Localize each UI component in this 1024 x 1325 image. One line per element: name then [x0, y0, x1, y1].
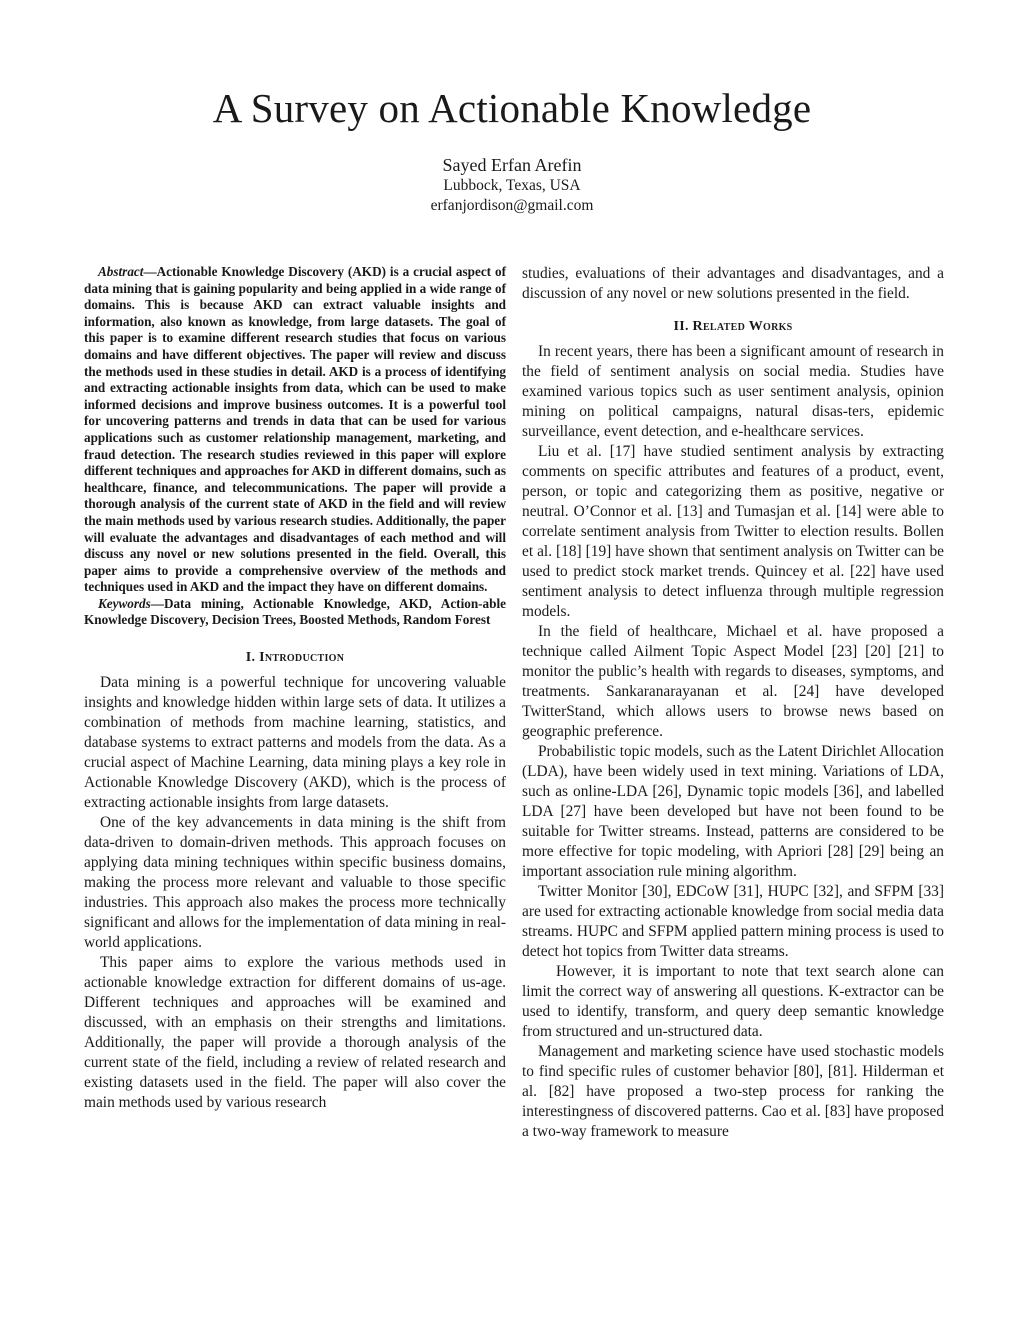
author-block: Sayed Erfan Arefin Lubbock, Texas, USA e…: [0, 154, 1024, 216]
right-column: studies, evaluations of their advantages…: [522, 264, 944, 1142]
abstract-label: Abstract: [98, 264, 143, 279]
abstract-separator: —: [143, 264, 156, 279]
left-column: Abstract—Actionable Knowledge Discovery …: [84, 264, 506, 1113]
related-paragraph-3: In the field of healthcare, Michael et a…: [522, 622, 944, 742]
intro-paragraph-2: One of the key advancements in data mini…: [84, 813, 506, 953]
intro-paragraph-3: This paper aims to explore the various m…: [84, 953, 506, 1113]
abstract-text: Actionable Knowledge Discovery (AKD) is …: [84, 264, 506, 594]
related-paragraph-4: Probabilistic topic models, such as the …: [522, 742, 944, 882]
keywords-separator: —: [151, 596, 164, 611]
intro-paragraph-3-continued: studies, evaluations of their advantages…: [522, 264, 944, 304]
related-paragraph-7: Management and marketing science have us…: [522, 1042, 944, 1142]
author-email: erfanjordison@gmail.com: [0, 196, 1024, 216]
related-paragraph-6: However, it is important to note that te…: [522, 962, 944, 1042]
intro-paragraph-1: Data mining is a powerful technique for …: [84, 673, 506, 813]
related-paragraph-2: Liu et al. [17] have studied sentiment a…: [522, 442, 944, 622]
section-heading-related-works: II. Related Works: [522, 318, 944, 336]
keywords-label: Keywords: [98, 596, 151, 611]
section-heading-introduction: I. Introduction: [84, 649, 506, 667]
author-name: Sayed Erfan Arefin: [0, 154, 1024, 176]
author-location: Lubbock, Texas, USA: [0, 176, 1024, 196]
related-paragraph-5: Twitter Monitor [30], EDCoW [31], HUPC […: [522, 882, 944, 962]
related-paragraph-1: In recent years, there has been a signif…: [522, 342, 944, 442]
paper-title: A Survey on Actionable Knowledge: [0, 82, 1024, 134]
abstract: Abstract—Actionable Knowledge Discovery …: [84, 264, 506, 596]
keywords: Keywords—Data mining, Actionable Knowled…: [84, 596, 506, 629]
